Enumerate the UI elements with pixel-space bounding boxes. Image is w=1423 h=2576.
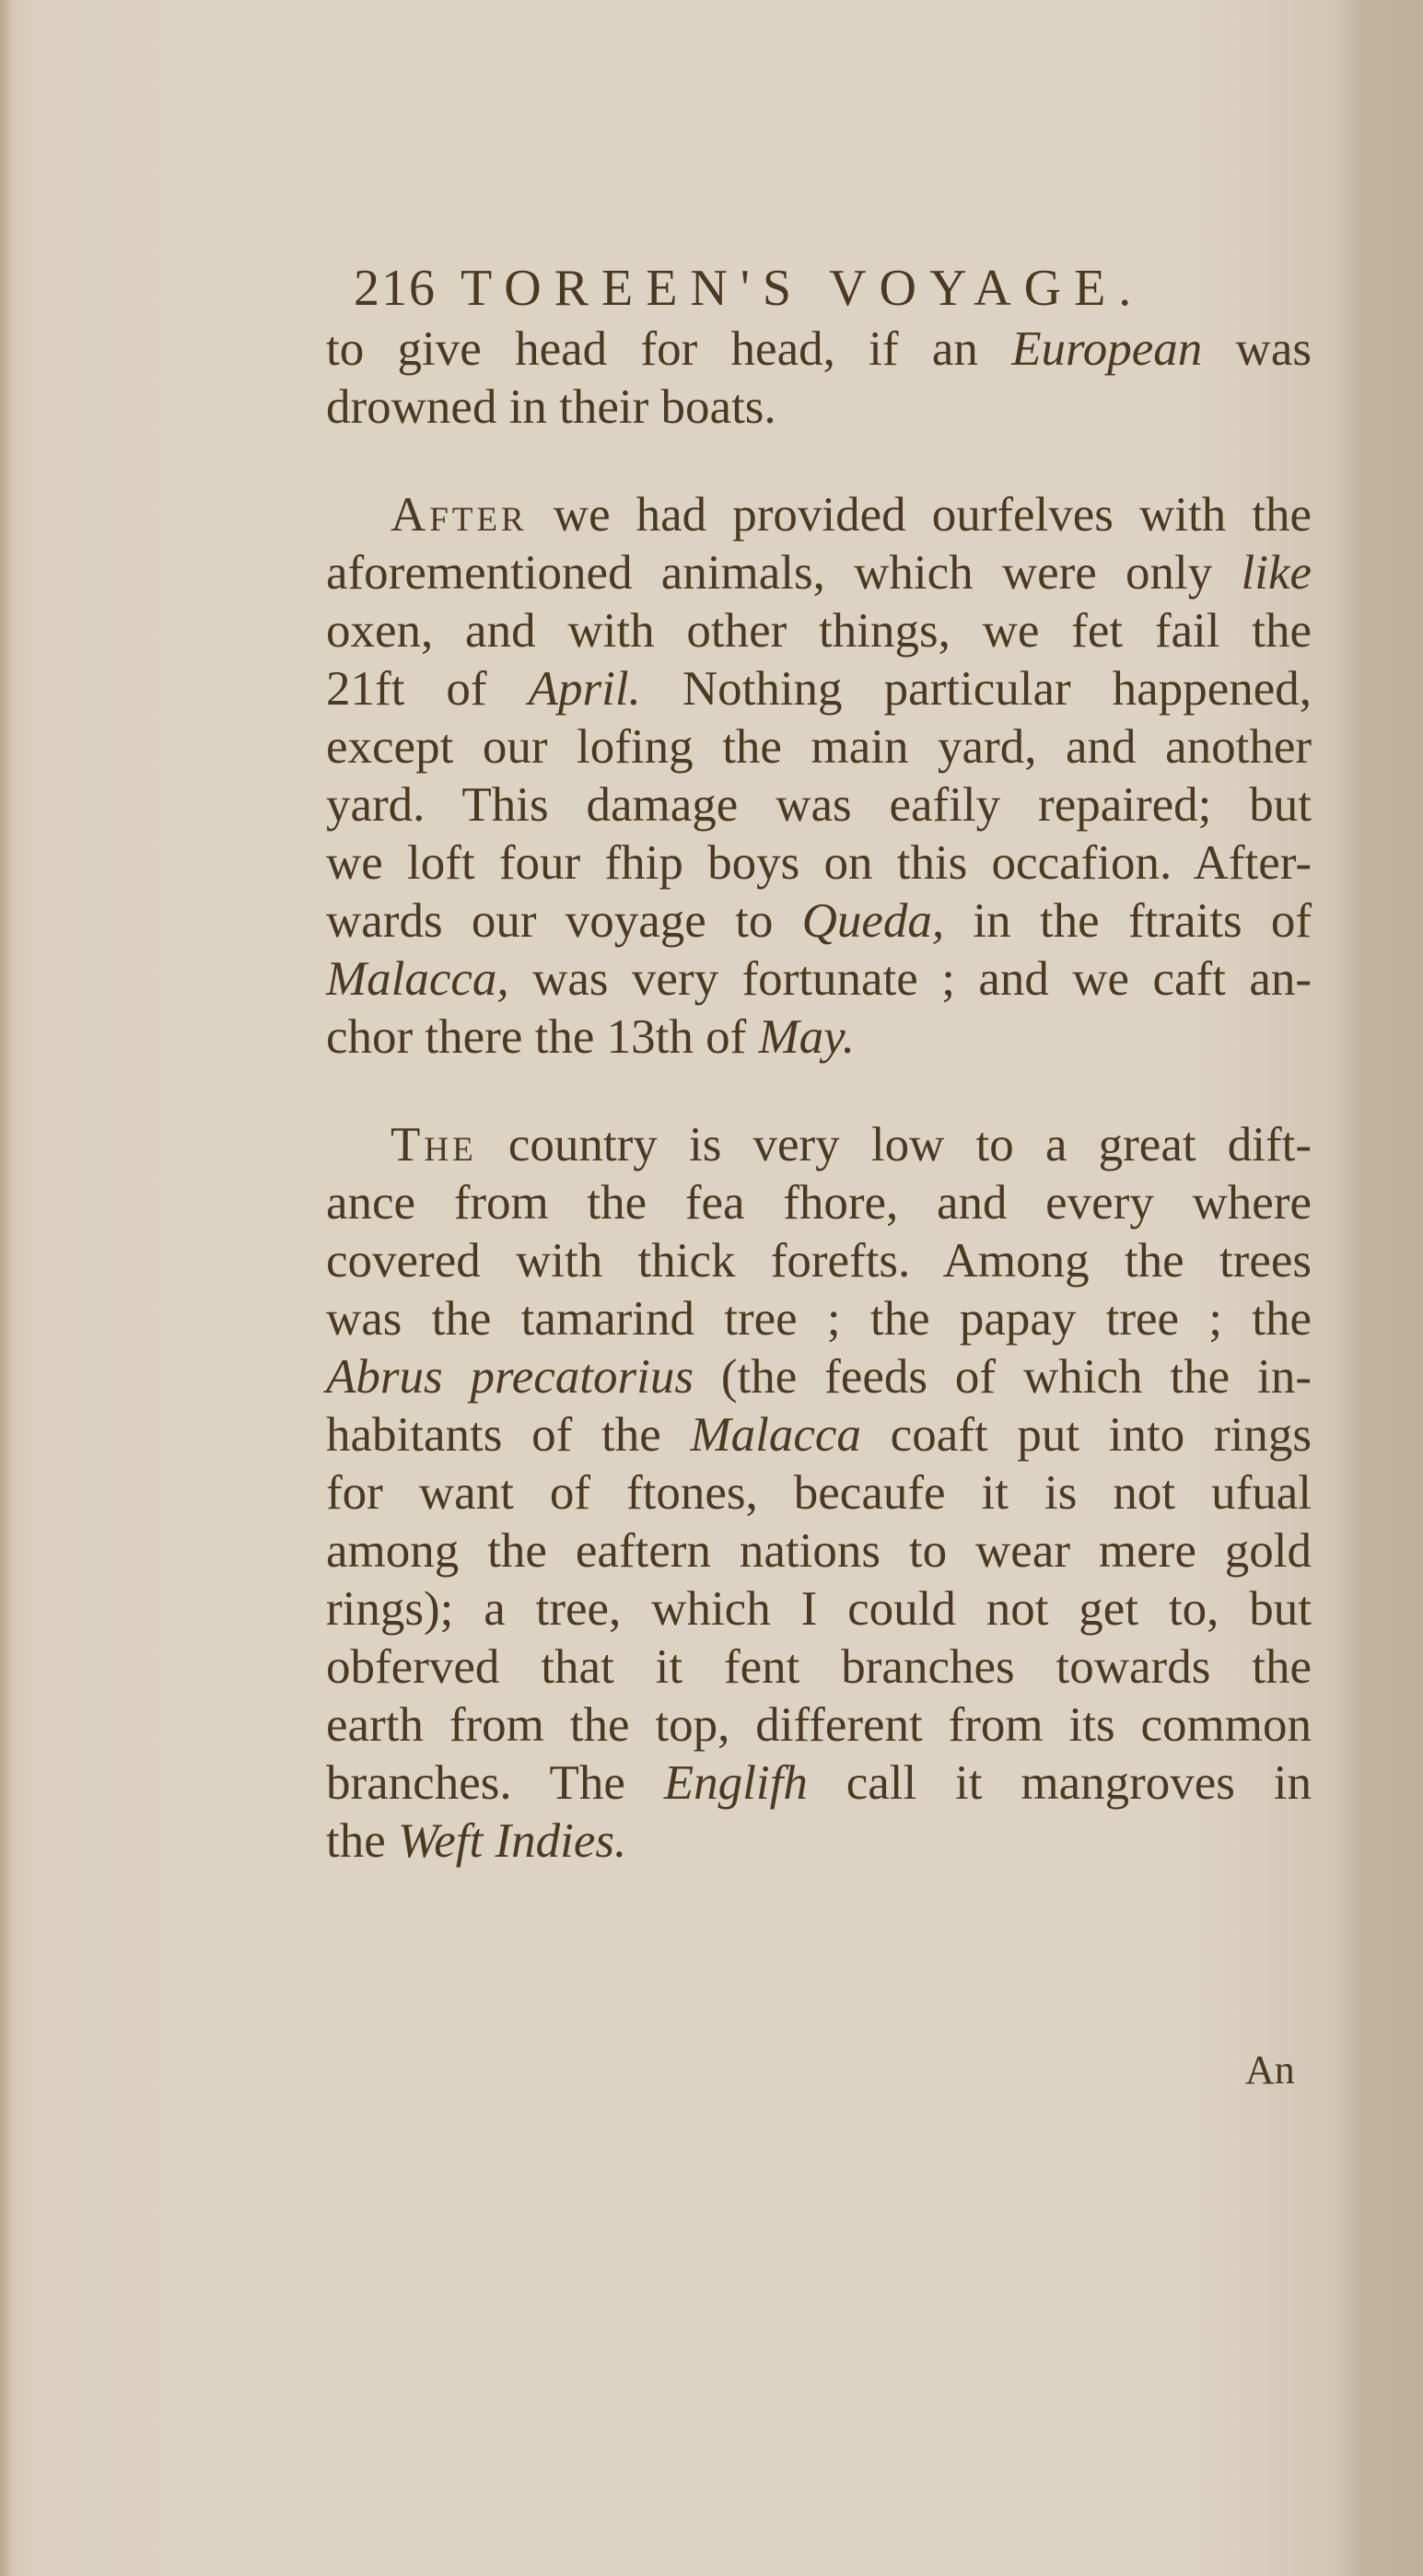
text-run: covered with thick forefts. Among the tr… bbox=[326, 1234, 1312, 1288]
text-line: branches. The Englifh call it mangroves … bbox=[326, 1754, 1312, 1813]
text-run: obferved that it fent branches towards t… bbox=[326, 1640, 1312, 1694]
text-line: yard. This damage was eafily repaired; b… bbox=[326, 776, 1312, 834]
text-run: wards our voyage to bbox=[326, 894, 802, 948]
italic-text: Malacca, bbox=[326, 952, 509, 1006]
text-line: Abrus precatorius (the feeds of which th… bbox=[326, 1348, 1312, 1406]
text-line: chor there the 13th of May. bbox=[326, 1008, 1312, 1067]
italic-text: Weft Indies. bbox=[398, 1814, 626, 1868]
text-run: we loft four fhip boys on this occafion.… bbox=[326, 836, 1312, 890]
text-run: in the ftraits of bbox=[944, 894, 1312, 948]
text-line: for want of ftones, becaufe it is not uf… bbox=[326, 1464, 1312, 1522]
running-title: TOREEN'S VOYAGE. bbox=[461, 260, 1144, 317]
paragraph: After we had provided ourfelves with the… bbox=[326, 486, 1312, 1067]
text-run: 21ft of bbox=[326, 662, 529, 716]
text-run: was very fortunate ; and we caft an- bbox=[509, 952, 1312, 1006]
text-run: we had provided ourfelves with the bbox=[528, 488, 1312, 542]
text-run: call it mangroves in bbox=[808, 1756, 1312, 1810]
text-run: coaft put into rings bbox=[861, 1408, 1312, 1462]
text-line: was the tamarind tree ; the papay tree ;… bbox=[326, 1290, 1312, 1348]
text-run: rings); a tree, which I could not get to… bbox=[326, 1582, 1312, 1636]
italic-text: European bbox=[1011, 322, 1202, 376]
text-run: drowned in their boats. bbox=[326, 380, 776, 434]
text-line: rings); a tree, which I could not get to… bbox=[326, 1580, 1312, 1638]
italic-text: Queda, bbox=[802, 894, 945, 948]
text-line: among the eaftern nations to wear mere g… bbox=[326, 1522, 1312, 1580]
small-caps-text: The bbox=[391, 1118, 477, 1171]
text-line: covered with thick forefts. Among the tr… bbox=[326, 1232, 1312, 1290]
text-line: earth from the top, different from its c… bbox=[326, 1696, 1312, 1754]
text-line: to give head for head, if an European wa… bbox=[326, 321, 1312, 379]
paragraph: to give head for head, if an European wa… bbox=[326, 321, 1312, 437]
text-line: obferved that it fent branches towards t… bbox=[326, 1638, 1312, 1696]
text-run: earth from the top, different from its c… bbox=[326, 1698, 1312, 1752]
text-run: aforementioned animals, which were only bbox=[326, 546, 1242, 600]
text-line: After we had provided ourfelves with the bbox=[326, 486, 1312, 544]
text-run: ance from the fea fhore, and every where bbox=[326, 1176, 1312, 1230]
running-head: 216TOREEN'S VOYAGE. bbox=[354, 256, 1312, 321]
spine-shadow bbox=[0, 0, 13, 2576]
text-line: we loft four fhip boys on this occafion.… bbox=[326, 834, 1312, 892]
paragraph: The country is very low to a great dift-… bbox=[326, 1116, 1312, 1871]
text-line: The country is very low to a great dift- bbox=[326, 1116, 1312, 1174]
text-run: for want of ftones, becaufe it is not uf… bbox=[326, 1466, 1312, 1520]
text-run: was the tamarind tree ; the papay tree ;… bbox=[326, 1292, 1312, 1346]
text-run: oxen, and with other things, we fet fail… bbox=[326, 604, 1312, 658]
body-text: to give head for head, if an European wa… bbox=[326, 321, 1312, 1871]
text-run: Nothing particular happened, bbox=[641, 662, 1312, 716]
text-line: Malacca, was very fortunate ; and we caf… bbox=[326, 950, 1312, 1008]
text-line: the Weft Indies. bbox=[326, 1813, 1312, 1871]
italic-text: Englifh bbox=[664, 1756, 808, 1810]
italic-text: Abrus precatorius bbox=[326, 1350, 694, 1404]
text-run: among the eaftern nations to wear mere g… bbox=[326, 1524, 1312, 1578]
catchword: An bbox=[1245, 2046, 1295, 2093]
text-line: habitants of the Malacca coaft put into … bbox=[326, 1406, 1312, 1464]
text-line: aforementioned animals, which were only … bbox=[326, 544, 1312, 602]
italic-text: Malacca bbox=[690, 1408, 860, 1462]
text-run: habitants of the bbox=[326, 1408, 690, 1462]
text-line: ance from the fea fhore, and every where bbox=[326, 1174, 1312, 1232]
text-run: was bbox=[1202, 322, 1312, 376]
text-line: oxen, and with other things, we fet fail… bbox=[326, 602, 1312, 660]
italic-text: May. bbox=[758, 1010, 855, 1064]
italic-text: like bbox=[1242, 546, 1312, 600]
italic-text: April. bbox=[529, 662, 641, 716]
text-run: yard. This damage was eafily repaired; b… bbox=[326, 778, 1312, 832]
page-number: 216 bbox=[354, 260, 437, 317]
book-page: 216TOREEN'S VOYAGE. to give head for hea… bbox=[0, 0, 1423, 2576]
page-content: 216TOREEN'S VOYAGE. to give head for hea… bbox=[326, 256, 1312, 1871]
text-run: country is very low to a great dift- bbox=[477, 1118, 1312, 1171]
text-run: except our lofing the main yard, and ano… bbox=[326, 720, 1312, 774]
text-line: 21ft of April. Nothing particular happen… bbox=[326, 660, 1312, 718]
text-line: wards our voyage to Queda, in the ftrait… bbox=[326, 892, 1312, 950]
text-line: except our lofing the main yard, and ano… bbox=[326, 718, 1312, 776]
text-run: chor there the 13th of bbox=[326, 1010, 758, 1064]
text-run: the bbox=[326, 1814, 398, 1868]
text-line: drowned in their boats. bbox=[326, 379, 1312, 437]
text-run: (the feeds of which the in- bbox=[694, 1350, 1312, 1404]
text-run: branches. The bbox=[326, 1756, 664, 1810]
small-caps-text: After bbox=[391, 488, 528, 542]
text-run: to give head for head, if an bbox=[326, 322, 1011, 376]
